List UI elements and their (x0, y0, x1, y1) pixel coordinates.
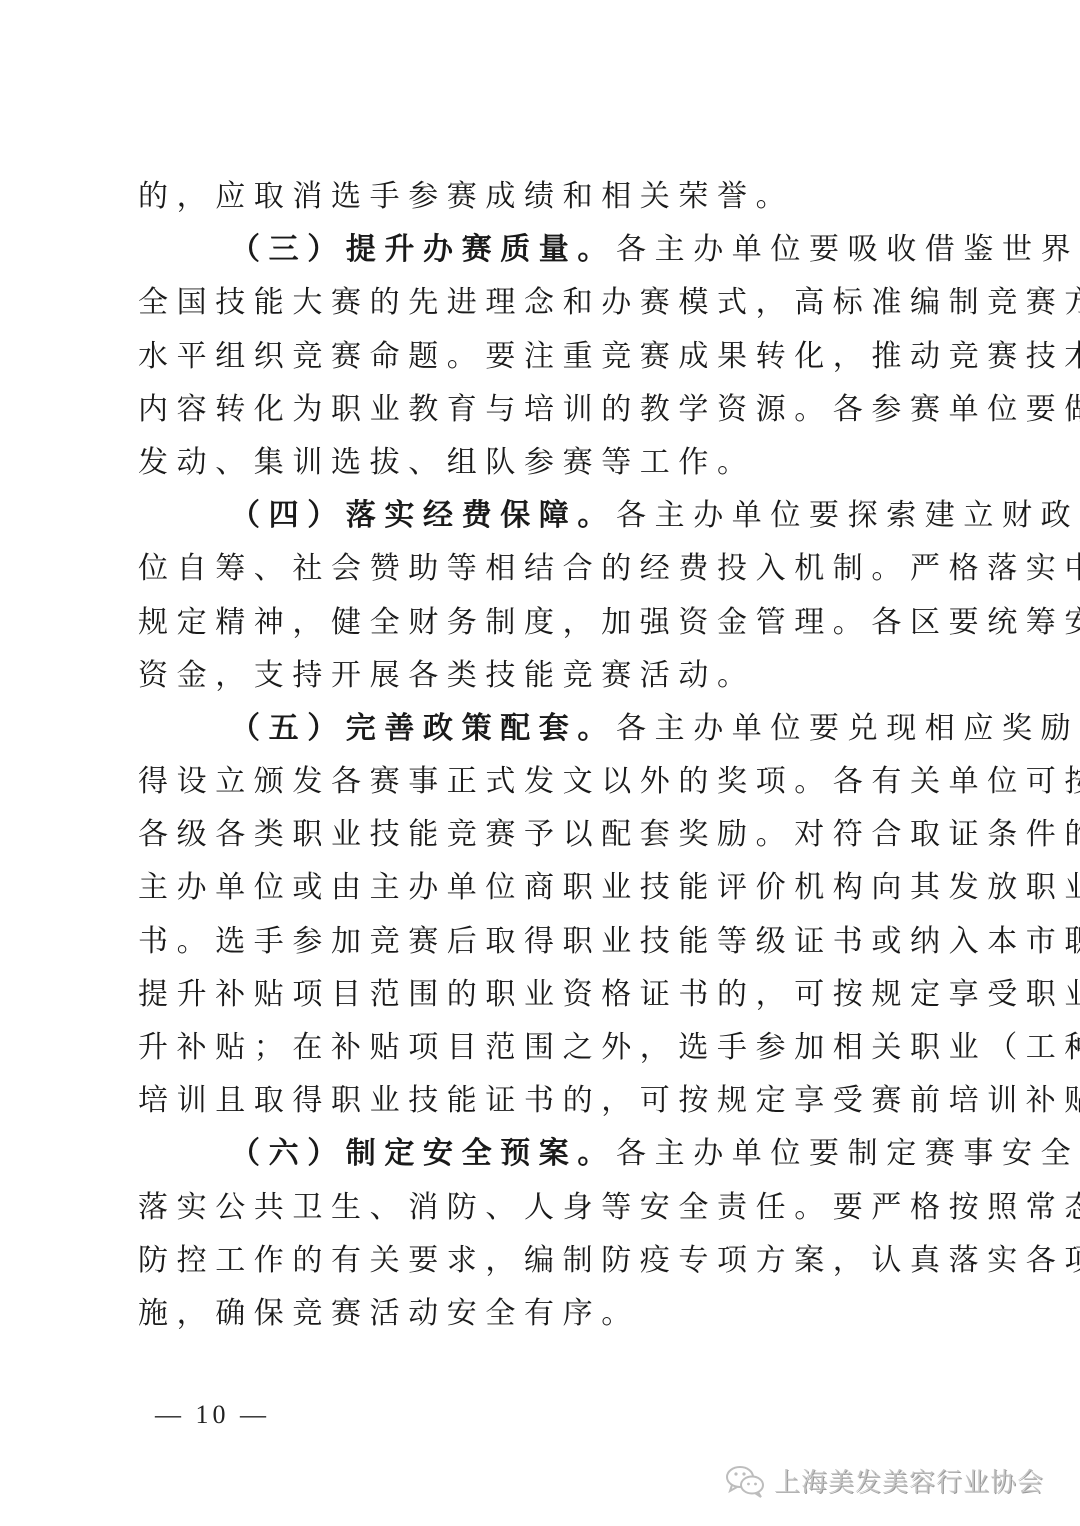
text-line: 落实公共卫生、消防、人身等安全责任。要严格按照常态化疫情 (138, 1181, 948, 1234)
text-line: 规定精神，健全财务制度，加强资金管理。各区要统筹安排财政 (138, 596, 948, 649)
watermark: 上海美发美容行业协会 (724, 1462, 1044, 1499)
text-run: 各主办单位要兑现相应奖励政策，不 (616, 711, 1080, 746)
text-line: 内容转化为职业教育与培训的教学资源。各参赛单位要做好组织 (138, 383, 948, 436)
section-heading: （六）制定安全预案。 (138, 1136, 616, 1171)
section-heading: （四）落实经费保障。 (138, 498, 616, 533)
text-line: 资金，支持开展各类技能竞赛活动。 (138, 649, 948, 702)
text-line: 水平组织竞赛命题。要注重竞赛成果转化，推动竞赛技术标准和 (138, 330, 948, 383)
text-line: 书。选手参加竞赛后取得职业技能等级证书或纳入本市职业技能 (138, 915, 948, 968)
section-heading: （五）完善政策配套。 (138, 711, 616, 746)
text-line: 得设立颁发各赛事正式发文以外的奖项。各有关单位可按规定对 (138, 755, 948, 808)
text-line: 位自筹、社会赞助等相结合的经费投入机制。严格落实中央八项 (138, 542, 948, 595)
text-line: 培训且取得职业技能证书的，可按规定享受赛前培训补贴。 (138, 1074, 948, 1127)
text-run: 各主办单位要制定赛事安全应急预案， (616, 1136, 1080, 1171)
page-number: — 10 — (155, 1400, 270, 1430)
watermark-text: 上海美发美容行业协会 (774, 1462, 1044, 1499)
text-line: 各级各类职业技能竞赛予以配套奖励。对符合取证条件的选手， (138, 808, 948, 861)
text-run: 各主办单位要探索建立财政投入、单 (616, 498, 1080, 533)
text-line: 升补贴；在补贴项目范围之外，选手参加相关职业（工种）赛前 (138, 1021, 948, 1074)
wechat-icon (724, 1463, 768, 1499)
text-line: 的，应取消选手参赛成绩和相关荣誉。 (138, 170, 948, 223)
text-run: 各主办单位要吸收借鉴世界技能大赛、 (616, 232, 1080, 267)
text-line: 提升补贴项目范围的职业资格证书的，可按规定享受职业技能提 (138, 968, 948, 1021)
section-heading: （三）提升办赛质量。 (138, 232, 616, 267)
document-body: 的，应取消选手参赛成绩和相关荣誉。 （三）提升办赛质量。各主办单位要吸收借鉴世界… (138, 170, 948, 1340)
text-line: 防控工作的有关要求，编制防疫专项方案，认真落实各项防控措 (138, 1234, 948, 1287)
section-paragraph-5: （五）完善政策配套。各主办单位要兑现相应奖励政策，不 (138, 702, 948, 755)
text-line: 施，确保竞赛活动安全有序。 (138, 1287, 948, 1340)
text-line: 主办单位或由主办单位商职业技能评价机构向其发放职业技能证 (138, 861, 948, 914)
section-paragraph-4: （四）落实经费保障。各主办单位要探索建立财政投入、单 (138, 489, 948, 542)
section-paragraph-3: （三）提升办赛质量。各主办单位要吸收借鉴世界技能大赛、 (138, 223, 948, 276)
section-paragraph-6: （六）制定安全预案。各主办单位要制定赛事安全应急预案， (138, 1127, 948, 1180)
text-line: 发动、集训选拔、组队参赛等工作。 (138, 436, 948, 489)
text-line: 全国技能大赛的先进理念和办赛模式，高标准编制竞赛方案，高 (138, 276, 948, 329)
